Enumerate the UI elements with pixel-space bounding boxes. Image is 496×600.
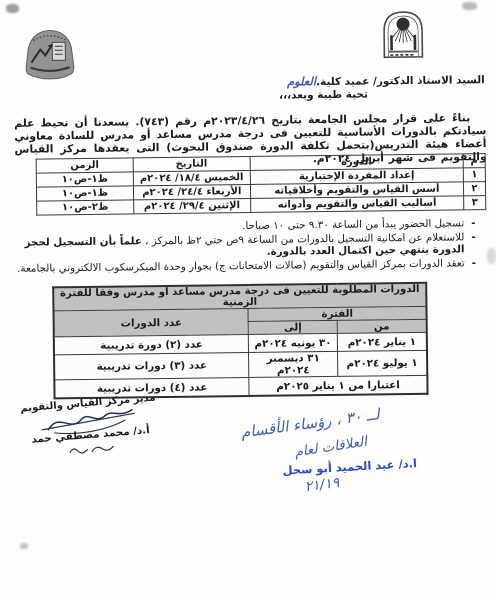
cell-time: ١٠ص-١ظ bbox=[36, 172, 133, 187]
cell-to: ٣١ ديسمبر ٢٠٢٤م bbox=[249, 351, 338, 377]
cell-count: عدد (٢) دورة تدريبية bbox=[54, 334, 249, 354]
cell-num: ٣ bbox=[464, 196, 486, 210]
cell-date: الأربعاء ٢٤/٤/ ٢٠٢٤م bbox=[133, 184, 250, 199]
cell-count: عدد (٣) دورات تدريبية bbox=[54, 352, 249, 379]
to-header: إلى bbox=[248, 320, 337, 334]
col-header-date: التاريخ bbox=[133, 156, 250, 171]
table-row: اعتبارا من ١ يناير ٢٠٢٥م عدد (٤) دورات ت… bbox=[54, 375, 427, 398]
time-value: ١٠ص-٢ظ bbox=[62, 202, 108, 214]
dash-bullet: - bbox=[471, 231, 476, 256]
document-content: السيد الاستاذ الدكتور/ عميد كلية.العلوم … bbox=[0, 0, 496, 600]
time-value: ١٠ص-١ظ bbox=[62, 174, 108, 186]
cell-time: ١٠ص-٢ظ bbox=[37, 200, 134, 215]
cell-from: ١ يناير ٢٠٢٤م bbox=[337, 332, 427, 351]
time-value: ١٠ص-١ظ bbox=[62, 188, 108, 200]
col-header-time: الزمن bbox=[36, 158, 133, 173]
signature-block: مدير مركز القياس والتقويم أ.د/ محمد مصطف… bbox=[20, 392, 160, 462]
handwritten-note-2: العلاقات لعام bbox=[293, 434, 368, 461]
dash-bullet: - bbox=[472, 257, 476, 270]
handwritten-note-1: لــ ٣٠ ، رؤساء الأقسام bbox=[240, 389, 496, 441]
cell-period-span: اعتبارا من ١ يناير ٢٠٢٥م bbox=[249, 375, 427, 396]
periods-table: الدورات المطلوبة للتعيين فى درجة مدرس مس… bbox=[52, 282, 428, 400]
cell-time: ١٠ص-١ظ bbox=[36, 186, 133, 201]
handwritten-date: ٢١/١٩ bbox=[304, 475, 341, 496]
scanned-letter-page: السيد الاستاذ الدكتور/ عميد كلية.العلوم … bbox=[0, 0, 496, 600]
addressee-handwritten-college: العلوم bbox=[287, 74, 316, 88]
greeting-line: تحية طيبة وبعد،،، bbox=[279, 89, 368, 102]
notes-list: - تسجيل الحضور يبدأ من الساعة ٩.٣٠ حتى ١… bbox=[7, 217, 476, 276]
cell-course: أساليب القياس والتقويم وأدواته bbox=[250, 196, 464, 213]
cell-to: ٣٠ يونيه ٢٠٢٤م bbox=[249, 333, 338, 352]
university-emblem-icon bbox=[381, 9, 426, 60]
cell-num: ١ bbox=[463, 168, 485, 182]
addressee-printed: السيد الاستاذ الدكتور/ عميد كلية. bbox=[316, 74, 485, 88]
center-emblem-icon bbox=[22, 25, 78, 81]
count-header: عدد الدورات bbox=[53, 308, 248, 336]
courses-table: م الدورة التاريخ الزمن ١ إعداد المفردة ا… bbox=[36, 153, 487, 215]
cell-date: الخميس ١٨/٤/ ٢٠٢٤م bbox=[133, 170, 250, 185]
cell-date: الإثنين ٢٩/٤/ ٢٠٢٤م bbox=[134, 198, 251, 213]
from-header: من bbox=[337, 319, 427, 333]
col-header-num: م bbox=[463, 154, 485, 168]
dash-bullet: - bbox=[471, 217, 475, 230]
cell-from: ١ يوليو ٢٠٢٤م bbox=[337, 350, 427, 376]
cell-num: ٢ bbox=[463, 182, 485, 196]
